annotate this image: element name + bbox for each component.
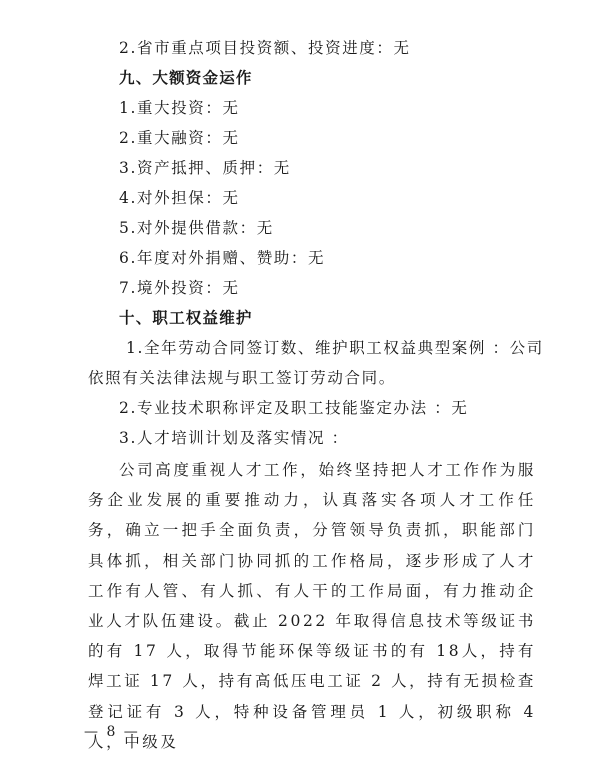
item-labor-contracts-cont: 依照有关法律法规与职工签订劳动合同。 — [88, 368, 396, 388]
item-external-guarantee: 4.对外担保：无 — [119, 188, 240, 208]
item-talent-training: 3.人才培训计划及落实情况 ： — [119, 428, 349, 448]
item-asset-mortgage: 3.资产抵押、质押：无 — [119, 158, 291, 178]
item-external-loans: 5.对外提供借款：无 — [119, 218, 274, 238]
item-major-financing: 2.重大融资：无 — [119, 128, 240, 148]
page-number: — 8 — — [84, 724, 140, 740]
item-major-investment: 1.重大投资：无 — [119, 98, 240, 118]
section-heading-large-funds: 九、大额资金运作 — [119, 68, 253, 88]
item-labor-contracts: 1.全年劳动合同签订数、维护职工权益典型案例 ：公司 — [126, 338, 544, 358]
talent-paragraph: 公司高度重视人才工作，始终坚持把人才工作作为服务企业发展的重要推动力，认真落实各… — [88, 455, 536, 757]
item-donations: 6.年度对外捐赠、赞助：无 — [119, 248, 325, 268]
item-professional-titles: 2.专业技术职称评定及职工技能鉴定办法 ：无 — [119, 398, 468, 418]
section-heading-employee-rights: 十、职工权益维护 — [119, 308, 253, 328]
item-overseas-investment: 7.境外投资：无 — [119, 278, 240, 298]
item-provincial-key-projects: 2.省市重点项目投资额、投资进度：无 — [119, 38, 411, 58]
